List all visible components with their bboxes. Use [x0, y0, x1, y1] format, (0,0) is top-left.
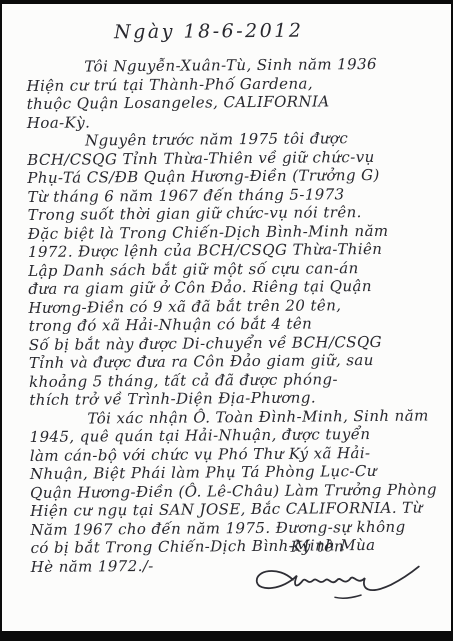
letter-content: Ngày 18-6-2012 Tôi Nguyễn-Xuân-Tù, Sinh … [26, 18, 448, 608]
date-line: Ngày 18-6-2012 [114, 18, 443, 43]
signature-scrawl [257, 567, 419, 592]
letter-page: Ngày 18-6-2012 Tôi Nguyễn-Xuân-Tù, Sinh … [2, 4, 451, 631]
paragraph: Nguyên trước năm 1975 tôi đượcBCH/CSQG T… [27, 128, 446, 409]
paragraph: Tôi Nguyễn-Xuân-Tù, Sinh năm 1936Hiện cư… [26, 54, 444, 132]
letter-line: Tôi xác nhận Ô. Toàn Đình-Minh, Sinh năm [29, 406, 446, 428]
signature-underline [335, 595, 361, 598]
letter-line: Năm 1967 cho đến năm 1975. Đương-sự khôn… [30, 517, 447, 539]
scan-frame: Ngày 18-6-2012 Tôi Nguyễn-Xuân-Tù, Sinh … [0, 0, 453, 641]
letter-body: Tôi Nguyễn-Xuân-Tù, Sinh năm 1936Hiện cư… [26, 54, 448, 576]
signature [249, 553, 429, 607]
letter-line: Đặc biệt là Trong Chiến-Dịch Bình-Minh n… [28, 221, 445, 243]
